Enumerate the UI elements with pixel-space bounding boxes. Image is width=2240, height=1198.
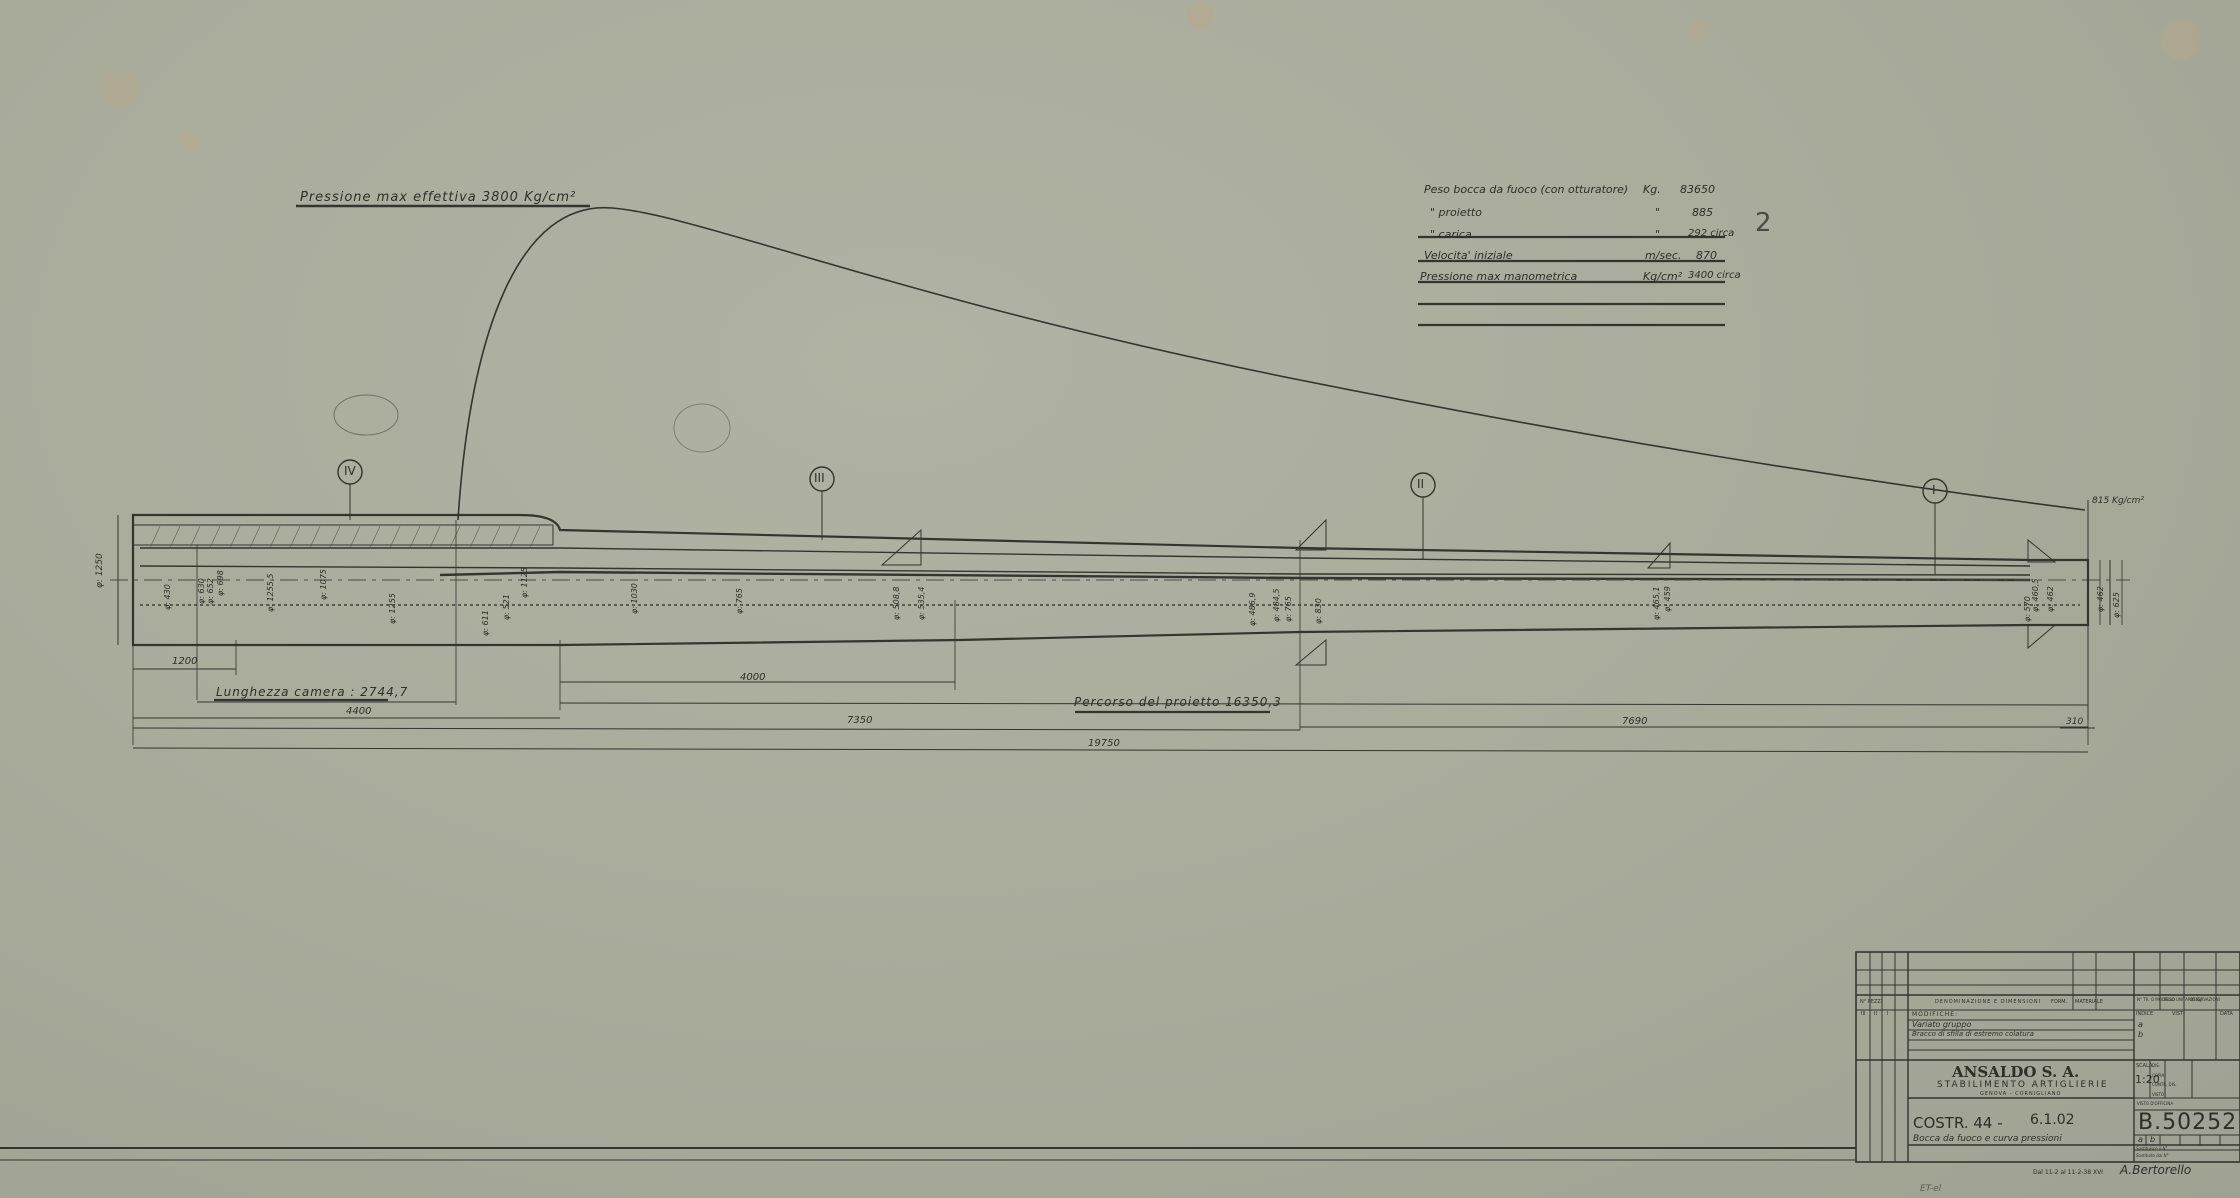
modification-text: Bracco di sfilla di estremo colatura [1912,1030,2034,1038]
visti-header: VISTI [2172,1011,2185,1017]
sostituito: Sostituito dal N° [2136,1153,2169,1158]
col-pieces: N° PEZZI [1860,999,1882,1005]
sostituisce: Sostituisce il N° [2136,1146,2167,1151]
visto-officina: VISTO D'OFFICINA [2137,1101,2173,1106]
col-denomination: DENOMINAZIONE E DIMENSIONI [1935,999,2041,1005]
construction-code: 6.1.02 [2030,1112,2075,1128]
col-form: FORM. [2051,999,2067,1005]
drawing-number: B.50252. [2138,1110,2240,1135]
col-notes: OSSERVAZIONI [2190,997,2220,1002]
sub-col-ii: II [1874,1011,1877,1017]
approval-visto: VISTO [2152,1092,2164,1097]
company-location: GENOVA - CORNIGLIANO [1980,1091,2061,1097]
title-block-grid [0,0,2240,1198]
col-material: MATERIALE [2075,999,2103,1005]
scale-label: SCALA [2136,1063,2152,1069]
data-header: DATA [2220,1011,2233,1017]
approval-contr: CONTR. DIS. [2152,1082,2177,1087]
revision-b: b [2150,1135,2155,1144]
approval-dis: DIS. [2152,1063,2160,1068]
sub-col-i: I [1887,1011,1888,1017]
modification-index: a [2138,1020,2143,1029]
company-name: ANSALDO S. A. [1952,1063,2079,1081]
company-division: STABILIMENTO ARTIGLIERIE [1937,1080,2109,1090]
modification-text: Variato gruppo [1912,1020,1971,1029]
sub-col-iii: III [1861,1011,1865,1017]
modifiche-header: MODIFICHE: [1912,1011,1958,1018]
approval-copia: COPIA [2152,1073,2164,1078]
modification-index: b [2138,1030,2143,1039]
footer-note: Dal 11-2 al 11-2-38 XVI [2033,1169,2103,1176]
indice-header: INDICE [2136,1011,2153,1017]
signature: A.Bertorello [2120,1163,2191,1177]
construction-label: COSTR. 44 - [1913,1114,2003,1132]
drawing-description: Bocca da fuoco e curva pressioni [1913,1134,2062,1144]
margin-note: ET-el [1920,1184,1941,1194]
revision-a: a [2138,1135,2143,1144]
